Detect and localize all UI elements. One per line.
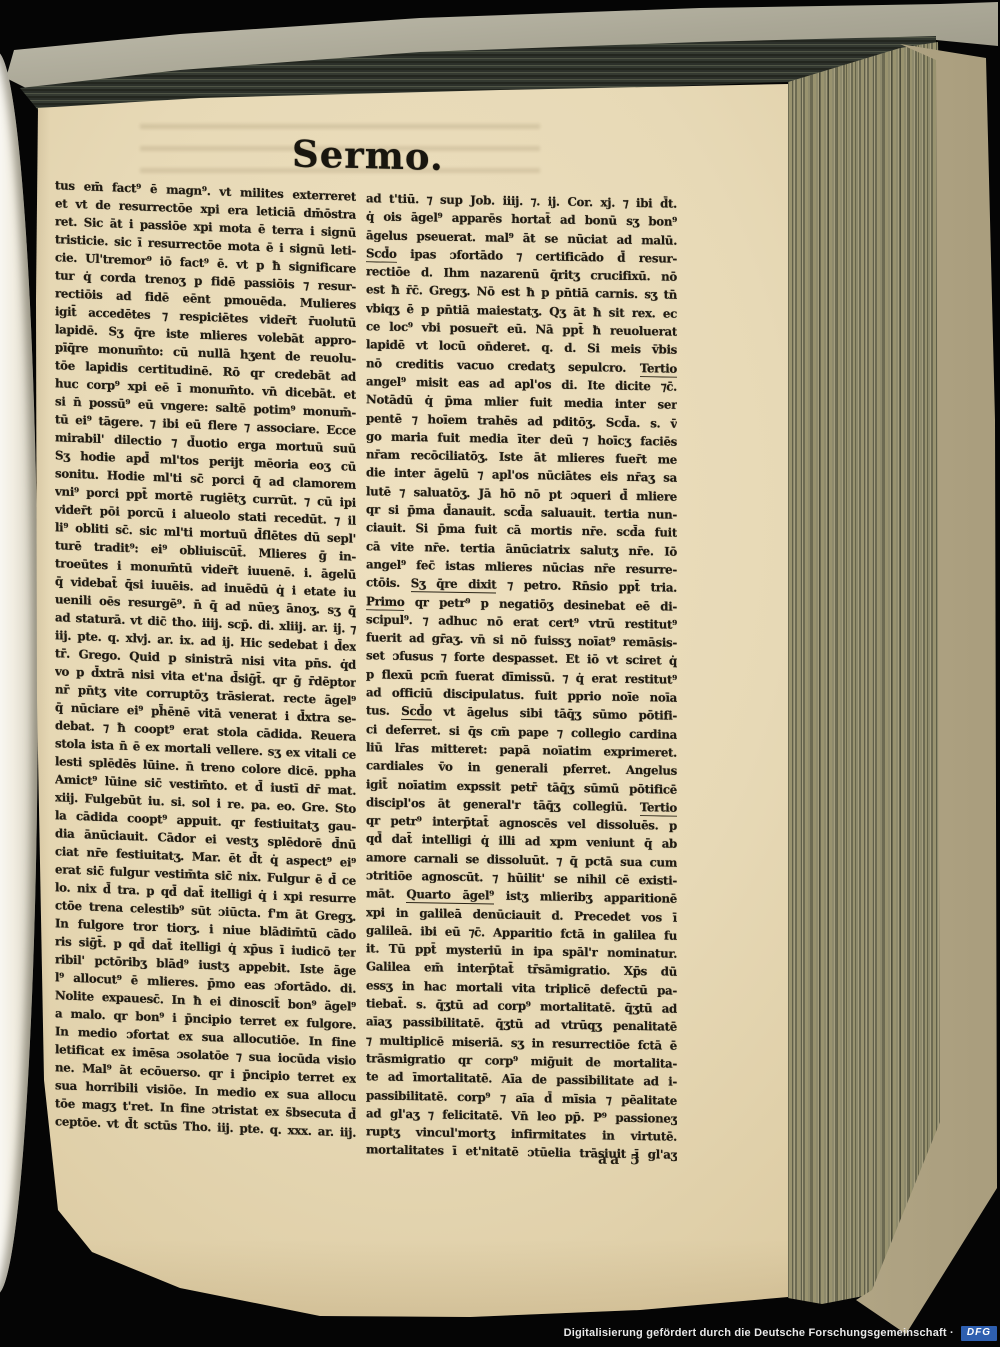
underlined-phrase: Tertio <box>640 361 677 378</box>
underlined-phrase: Primo <box>366 594 404 611</box>
facing-page-edge <box>0 52 38 1294</box>
scan-viewport: Sermo. tus em̄ fact⁹ ē magn⁹. vt milites… <box>0 0 1000 1347</box>
text-column-left: tus em̄ fact⁹ ē magn⁹. vt milites exterr… <box>55 176 356 1142</box>
underlined-phrase: Sʒ q̄re dixit <box>411 576 497 593</box>
text-column-right: ad t'tiū. ⁊ sup Job. iiij. ⁊. ij. Cor. x… <box>366 189 677 1164</box>
quire-signature-mark: aa 5 <box>598 1152 643 1169</box>
underlined-phrase: Scd̄o <box>366 246 397 263</box>
running-title: Sermo. <box>292 132 512 181</box>
dfg-logo: DFG <box>961 1326 997 1341</box>
digitization-credit-text: Digitalisierung gefördert durch die Deut… <box>564 1327 954 1339</box>
underlined-phrase: Quarto āgel⁹ <box>406 887 494 905</box>
underlined-phrase: Scd̄o <box>401 704 432 721</box>
digitization-credit-bar: Digitalisierung gefördert durch die Deut… <box>0 1323 1000 1343</box>
underlined-phrase: Tertio <box>640 800 677 817</box>
